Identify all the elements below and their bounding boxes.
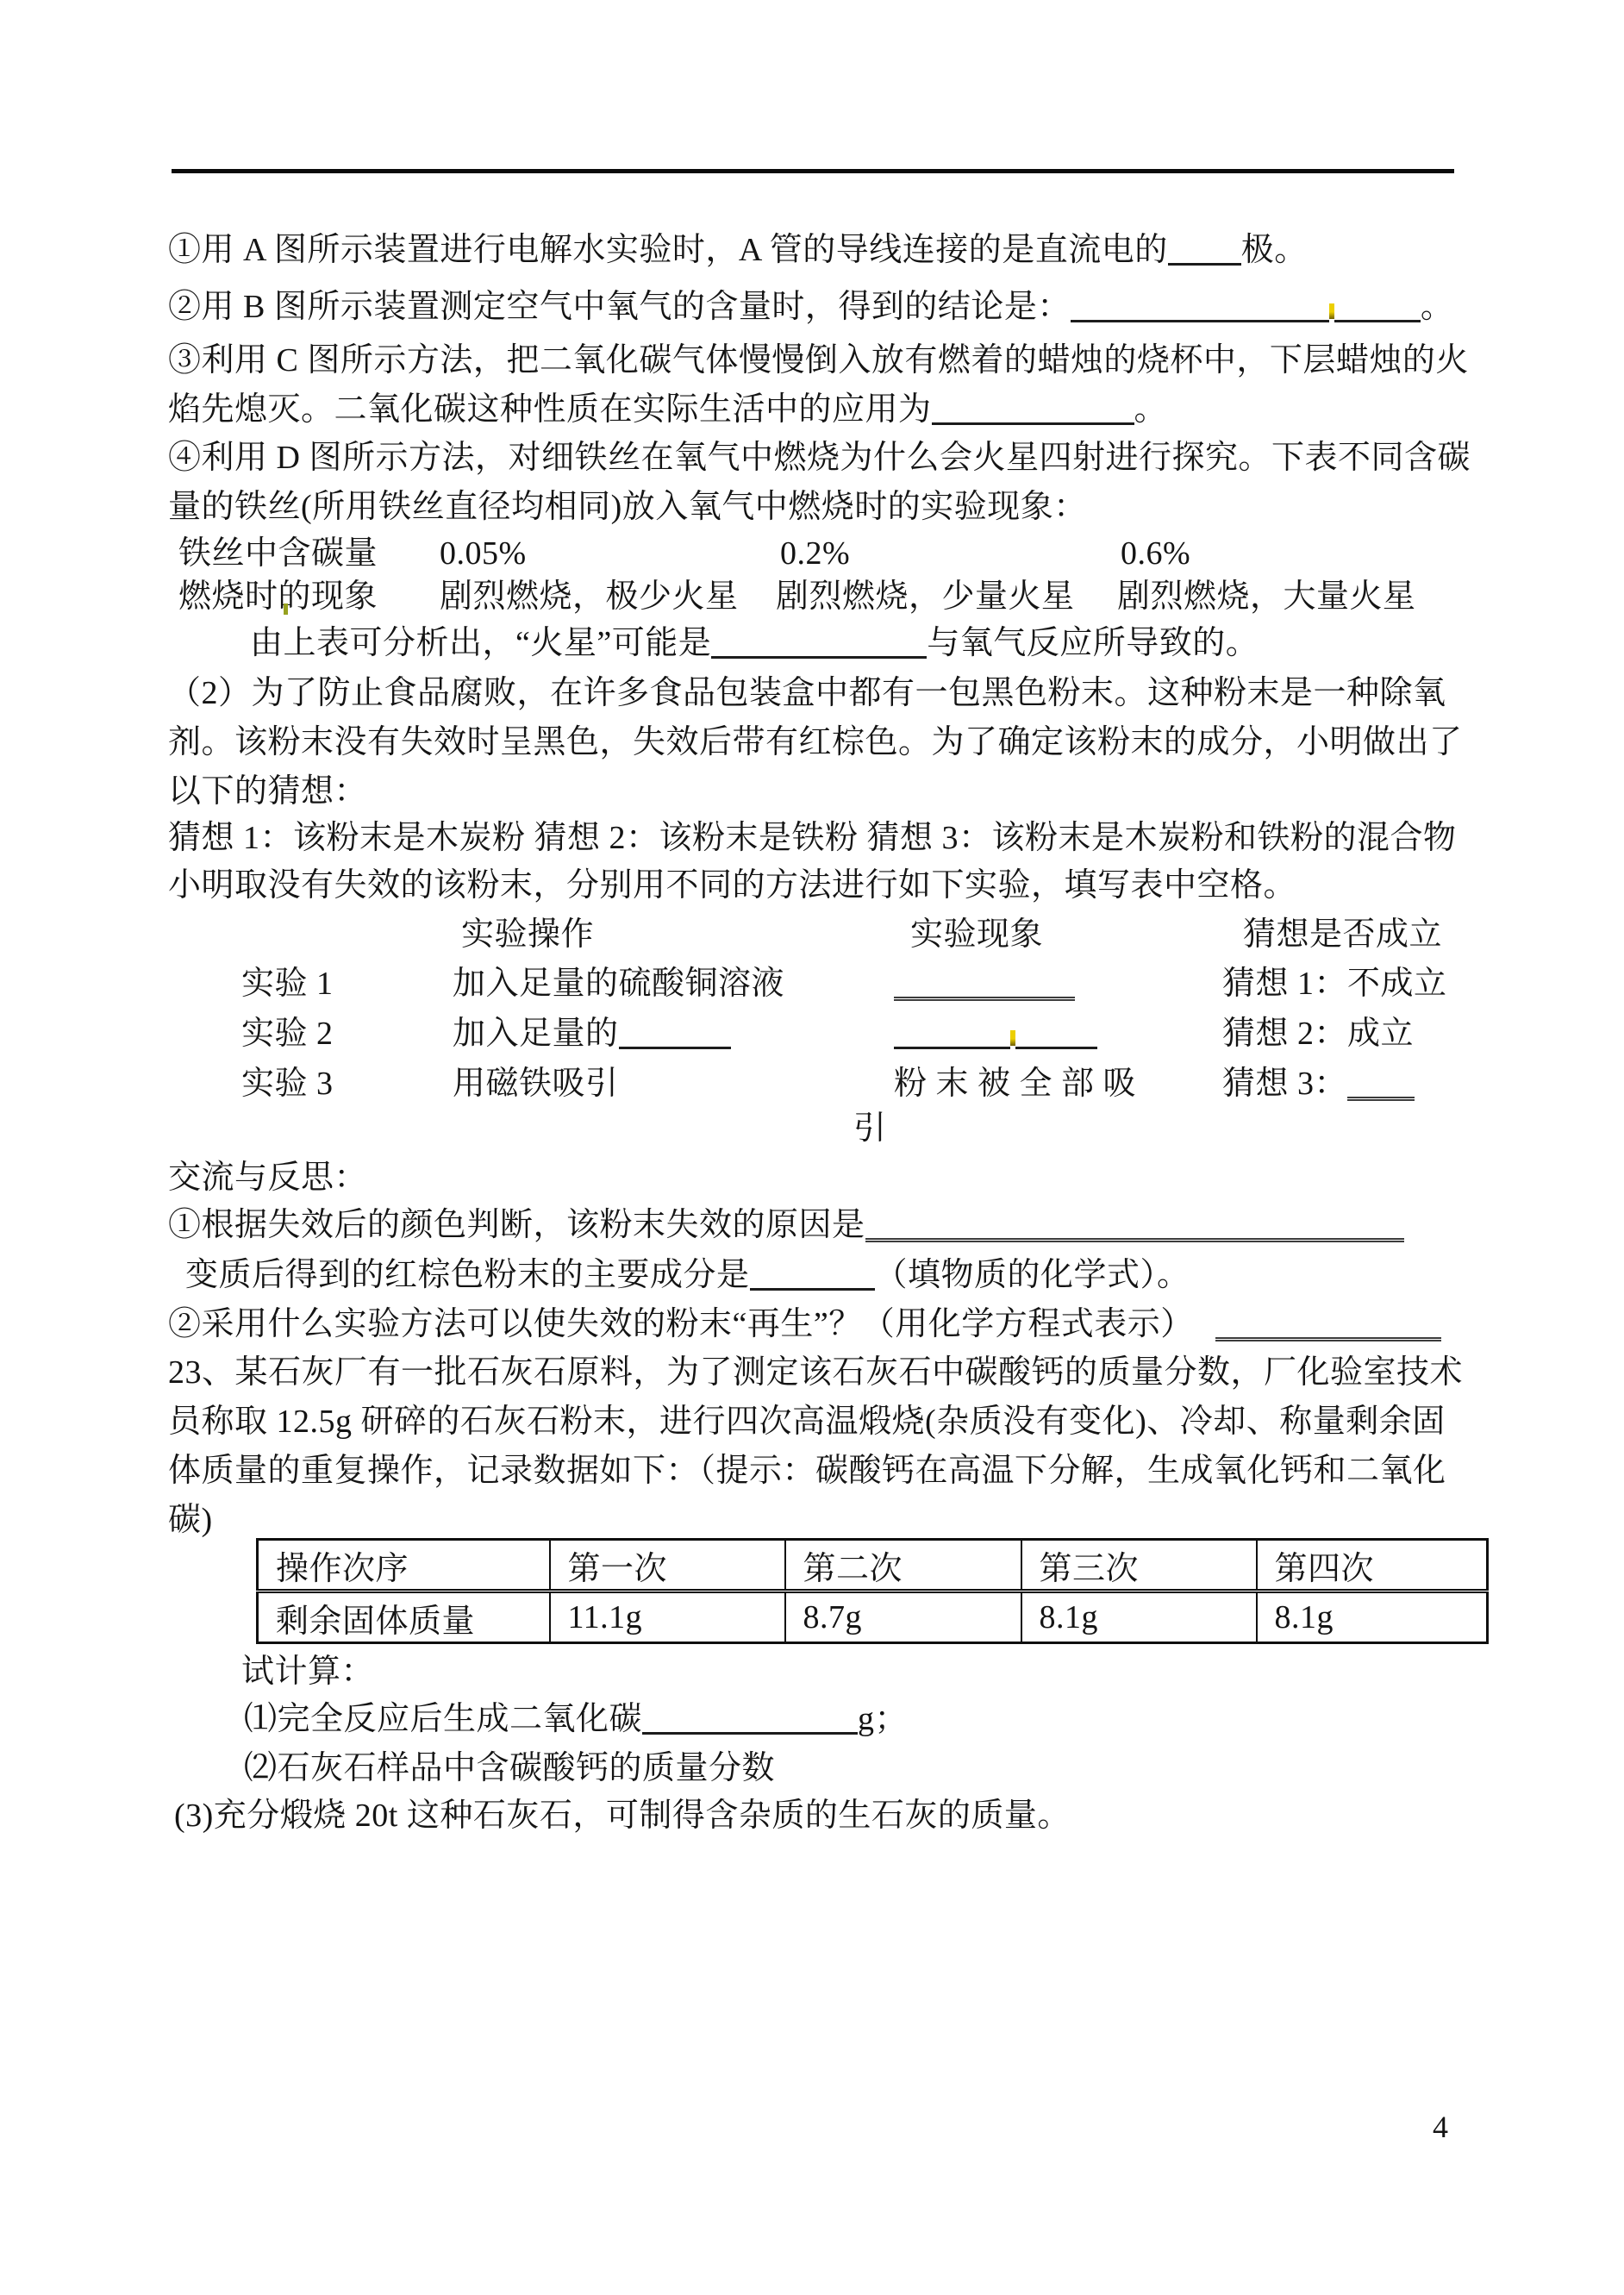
blank-line <box>894 966 1075 1001</box>
part2-intro-line1: （2）为了防止食品腐败，在许多食品包装盒中都有一包黑色粉末。这种粉末是一种除氧 <box>168 669 1446 718</box>
q23-stem-line4: 碳) <box>168 1496 213 1545</box>
header-rule <box>172 169 1454 173</box>
exp-header-phenomenon: 实验现象 <box>910 910 1043 960</box>
reflect-title-line: 交流与反思： <box>168 1154 367 1203</box>
blank-line <box>894 1016 1010 1049</box>
q23-stem-line3: 体质量的重复操作，记录数据如下：（提示：碳酸钙在高温下分解，生成氧化钙和二氧化 <box>168 1447 1446 1496</box>
remaining-mass-2: 8.7g <box>785 1591 1021 1643</box>
exp-row3-label: 实验 3 <box>241 1060 334 1109</box>
blank-line <box>1015 1016 1097 1049</box>
exam-page: ①用 A 图所示装置进行电解水实验时，A 管的导线连接的是直流电的极。 ②用 B… <box>0 0 1624 2295</box>
blank-line <box>932 391 1134 425</box>
reflect1-line: ①根据失效后的颜色判断，该粉末失效的原因是 <box>168 1201 1404 1250</box>
q22-conclusion-line: 由上表可分析出，“火星”可能是与氧气反应所导致的。 <box>250 619 1259 668</box>
blank-line <box>1215 1306 1441 1341</box>
wire-phen-label: 燃烧时的现象 <box>178 572 378 622</box>
wire-phen-v2: 剧烈燃烧，少量火星 <box>776 572 1075 622</box>
blank-line <box>1168 232 1241 266</box>
blank-line <box>865 1207 1404 1242</box>
remaining-mass-4: 8.1g <box>1257 1591 1488 1643</box>
wire-carbon-v1: 0.05% <box>440 529 527 578</box>
q22-sub3-line1: ③利用 C 图所示方法，把二氧化碳气体慢慢倒入放有燃着的蜡烛的烧杯中，下层蜡烛的… <box>168 336 1469 385</box>
reflect2-line: ②采用什么实验方法可以使失效的粉末“再生”？（用化学方程式表示） <box>168 1300 1441 1349</box>
part2-instruction-line: 小明取没有失效的该粉末，分别用不同的方法进行如下实验，填写表中空格。 <box>168 861 1296 910</box>
blank-line <box>1347 1066 1415 1101</box>
col-header-first: 第一次 <box>550 1540 785 1591</box>
q22-conclusion-text: 由上表可分析出，“火星”可能是 <box>250 625 711 661</box>
blank-line <box>619 1016 731 1049</box>
part2-intro-line2: 剂。该粉末没有失效时呈黑色，失效后带有红棕色。为了确定该粉末的成分，小明做出了 <box>168 718 1463 767</box>
exp-row1-label: 实验 1 <box>241 960 334 1009</box>
col-header-third: 第三次 <box>1021 1540 1257 1591</box>
exp-row1-phenomenon <box>894 960 1075 1009</box>
blank-line <box>711 625 927 659</box>
q22-sub1-tail: 极。 <box>1241 232 1308 268</box>
exp-header-operation: 实验操作 <box>461 910 594 960</box>
row-label-remaining-mass: 剩余固体质量 <box>258 1591 550 1643</box>
reflect1-text: ①根据失效后的颜色判断，该粉末失效的原因是 <box>168 1207 865 1243</box>
q22-sub3-text: 焰先熄灭。二氧化碳这种性质在实际生活中的应用为 <box>168 391 932 428</box>
blank-line <box>1071 289 1329 322</box>
calc1-line: ⑴完全反应后生成二氧化碳g； <box>244 1695 908 1744</box>
col-header-second: 第二次 <box>785 1540 1021 1591</box>
q22-sub2-text: ②用 B 图所示装置测定空气中氧气的含量时，得到的结论是： <box>168 289 1071 325</box>
limestone-data-table: 操作次序 第一次 第二次 第三次 第四次 剩余固体质量 11.1g 8.7g 8… <box>256 1538 1489 1644</box>
table-header-row: 操作次序 第一次 第二次 第三次 第四次 <box>258 1540 1488 1591</box>
calc3-line: (3)充分煅烧 20t 这种石灰石，可制得含杂质的生石灰的质量。 <box>174 1792 1071 1841</box>
exp-row2-result: 猜想 2：成立 <box>1222 1010 1414 1059</box>
col-header-operation-order: 操作次序 <box>258 1540 550 1591</box>
stray-olive-mark <box>284 603 288 615</box>
exp-header-result: 猜想是否成立 <box>1243 910 1442 960</box>
wire-phen-v3: 剧烈燃烧，大量火星 <box>1117 572 1416 622</box>
wire-carbon-v2: 0.2% <box>780 529 850 578</box>
reflect1b-line: 变质后得到的红棕色粉末的主要成分是（填物质的化学式）。 <box>185 1251 1190 1300</box>
exp-row1-result: 猜想 1：不成立 <box>1222 960 1447 1009</box>
part2-intro-line3: 以下的猜想： <box>168 767 367 816</box>
table-row: 剩余固体质量 11.1g 8.7g 8.1g 8.1g <box>258 1591 1488 1643</box>
blank-line <box>642 1701 858 1735</box>
q22-conclusion-tail: 与氧气反应所导致的。 <box>927 625 1259 661</box>
exp-row3-operation: 用磁铁吸引 <box>453 1060 619 1109</box>
q22-sub3-line2: 焰先熄灭。二氧化碳这种性质在实际生活中的应用为。 <box>168 385 1167 435</box>
exp-row1-operation: 加入足量的硫酸铜溶液 <box>453 960 784 1009</box>
blank-line <box>750 1257 875 1291</box>
reflect1b-text: 变质后得到的红棕色粉末的主要成分是 <box>185 1257 750 1293</box>
calc1-tail: g； <box>858 1701 908 1737</box>
remaining-mass-1: 11.1g <box>550 1591 785 1643</box>
q23-stem-line1: 23、某石灰厂有一批石灰石原料，为了测定该石灰石中碳酸钙的质量分数，厂化验室技术 <box>168 1348 1463 1398</box>
wire-phen-v1: 剧烈燃烧，极少火星 <box>440 572 739 622</box>
exp-row2-operation-text: 加入足量的 <box>453 1016 619 1052</box>
exp-row3-phenomenon-overflow: 引 <box>853 1104 887 1154</box>
reflect1b-tail: （填物质的化学式）。 <box>875 1257 1190 1293</box>
calc1-text: ⑴完全反应后生成二氧化碳 <box>244 1701 642 1737</box>
part2-guesses-line: 猜想 1：该粉末是木炭粉 猜想 2：该粉末是铁粉 猜想 3：该粉末是木炭粉和铁粉… <box>168 814 1457 863</box>
calc2-line: ⑵石灰石样品中含碳酸钙的质量分数 <box>244 1744 775 1793</box>
q22-sub2-tail: 。 <box>1421 289 1454 325</box>
q23-stem-line2: 员称取 12.5g 研碎的石灰石粉末，进行四次高温煅烧(杂质没有变化)、冷却、称… <box>168 1398 1446 1447</box>
exp-row2-operation: 加入足量的 <box>453 1010 731 1059</box>
q22-sub4-line2: 量的铁丝(所用铁丝直径均相同)放入氧气中燃烧时的实验现象： <box>168 483 1087 532</box>
wire-carbon-v3: 0.6% <box>1121 529 1190 578</box>
page-number: 4 <box>1433 2109 1448 2145</box>
exp-row3-result-text: 猜想 3： <box>1222 1066 1347 1102</box>
q22-sub1-line: ①用 A 图所示装置进行电解水实验时，A 管的导线连接的是直流电的极。 <box>168 226 1308 275</box>
q22-sub3-tail: 。 <box>1134 391 1168 428</box>
wire-carbon-label: 铁丝中含碳量 <box>178 529 378 578</box>
exp-row2-label: 实验 2 <box>241 1010 334 1059</box>
col-header-fourth: 第四次 <box>1257 1540 1488 1591</box>
exp-row3-phenomenon: 粉 末 被 全 部 吸 <box>894 1060 1136 1109</box>
calc-title-line: 试计算： <box>241 1648 374 1697</box>
exp-row2-phenomenon <box>894 1010 1097 1059</box>
q22-sub1-text: ①用 A 图所示装置进行电解水实验时，A 管的导线连接的是直流电的 <box>168 232 1168 268</box>
q22-sub2-line: ②用 B 图所示装置测定空气中氧气的含量时，得到的结论是：。 <box>168 283 1453 332</box>
exp-row3-result: 猜想 3： <box>1222 1060 1415 1109</box>
reflect2-text: ②采用什么实验方法可以使失效的粉末“再生”？（用化学方程式表示） <box>168 1306 1194 1342</box>
remaining-mass-3: 8.1g <box>1021 1591 1257 1643</box>
blank-line <box>1334 289 1421 322</box>
q22-sub4-line1: ④利用 D 图所示方法，对细铁丝在氧气中燃烧为什么会火星四射进行探究。下表不同含… <box>168 434 1471 483</box>
